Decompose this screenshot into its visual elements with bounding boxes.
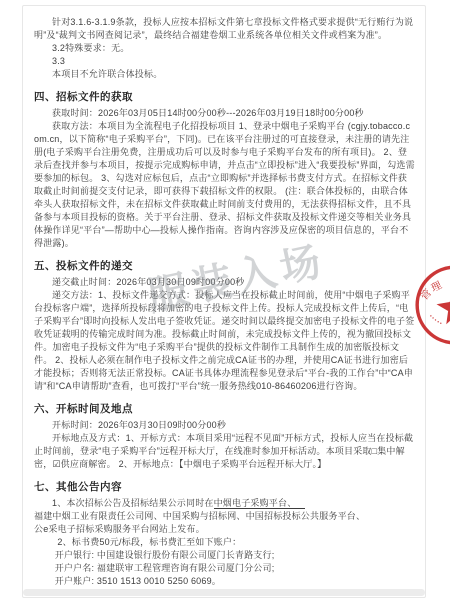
clause-number-line: 3.3 xyxy=(34,55,415,68)
submission-method-paragraph: 递交方法：1、投标文件递交方式：投标人应当在投标截止时间前，使用“中烟电子采购平… xyxy=(34,289,415,393)
section-heading-other-notices: 七、其他公告内容 xyxy=(34,480,415,494)
obtain-time-line: 获取时间：2026年03月05日14时00分00秒---2026年03月19日1… xyxy=(34,107,415,120)
tender-fee-line: 2、标书费50元/标段，标书费汇至如下账户： xyxy=(34,536,415,549)
opening-time-line: 开标时间：2026年03月30日09时00分00秒 xyxy=(34,419,415,432)
publish-sites-line: 福建中烟工业有限责任公司网、中国采购与招标网、中国招标投标公共服务平台、 xyxy=(34,510,415,523)
section-heading-bid-opening: 六、开标时间及地点 xyxy=(34,402,415,416)
svg-text:• • • • •: • • • • • xyxy=(428,314,443,327)
bank-name-line: 开户银行: 中国建设银行股份有限公司厦门长青路支行; xyxy=(34,549,415,562)
account-number-line: 开户账户: 3510 1513 0010 5250 6069。 xyxy=(34,575,415,588)
opening-place-paragraph: 开标地点及方式：1、开标方式：本项目采用“远程不见面”开标方式，投标人应当在投标… xyxy=(34,432,415,471)
underlined-platform-name: 中烟电子采购平台、 xyxy=(214,498,306,509)
account-name-line: 开户户名: 福建联审工程管理咨询有限公司厦门分公司; xyxy=(34,562,415,575)
intro-paragraph: 针对3.1.6-3.1.9条款，投标人应按本招标文件第七章投标文件格式要求提供“… xyxy=(34,16,415,42)
section-heading-bid-submission: 五、投标文件的递交 xyxy=(34,259,415,273)
submission-deadline-line: 递交截止时间：2026年03月30日09时00分00秒 xyxy=(34,276,415,289)
publish-notice-prefix: 1、本次招标公告及招标结果公示同时在 xyxy=(52,498,214,508)
horizontal-scrollbar[interactable] xyxy=(23,589,425,596)
obtain-method-paragraph: 获取方法：本项目为全流程电子化招投标项目 1、登录中烟电子采购平台 (cgjy.… xyxy=(34,120,415,250)
document-card: 针对3.1.6-3.1.9条款，投标人应按本招标文件第七章投标文件格式要求提供“… xyxy=(22,5,426,598)
publish-sites-line-2: 公e采电子招标采购服务平台网站上发布。 xyxy=(34,523,415,536)
star-icon xyxy=(435,286,450,325)
publish-notice-line: 1、本次招标公告及招标结果公示同时在中烟电子采购平台、 xyxy=(34,497,415,510)
no-consortium-line: 本项目不允许联合体投标。 xyxy=(34,68,415,81)
page: 针对3.1.6-3.1.9条款，投标人应按本招标文件第七章投标文件格式要求提供“… xyxy=(0,0,450,600)
document-content: 针对3.1.6-3.1.9条款，投标人应按本招标文件第七章投标文件格式要求提供“… xyxy=(23,6,425,589)
section-heading-obtain-documents: 四、招标文件的获取 xyxy=(34,90,415,104)
seal-bottom-marks: • • • • • xyxy=(428,314,443,327)
special-requirement-line: 3.2特殊要求：无。 xyxy=(34,42,415,55)
